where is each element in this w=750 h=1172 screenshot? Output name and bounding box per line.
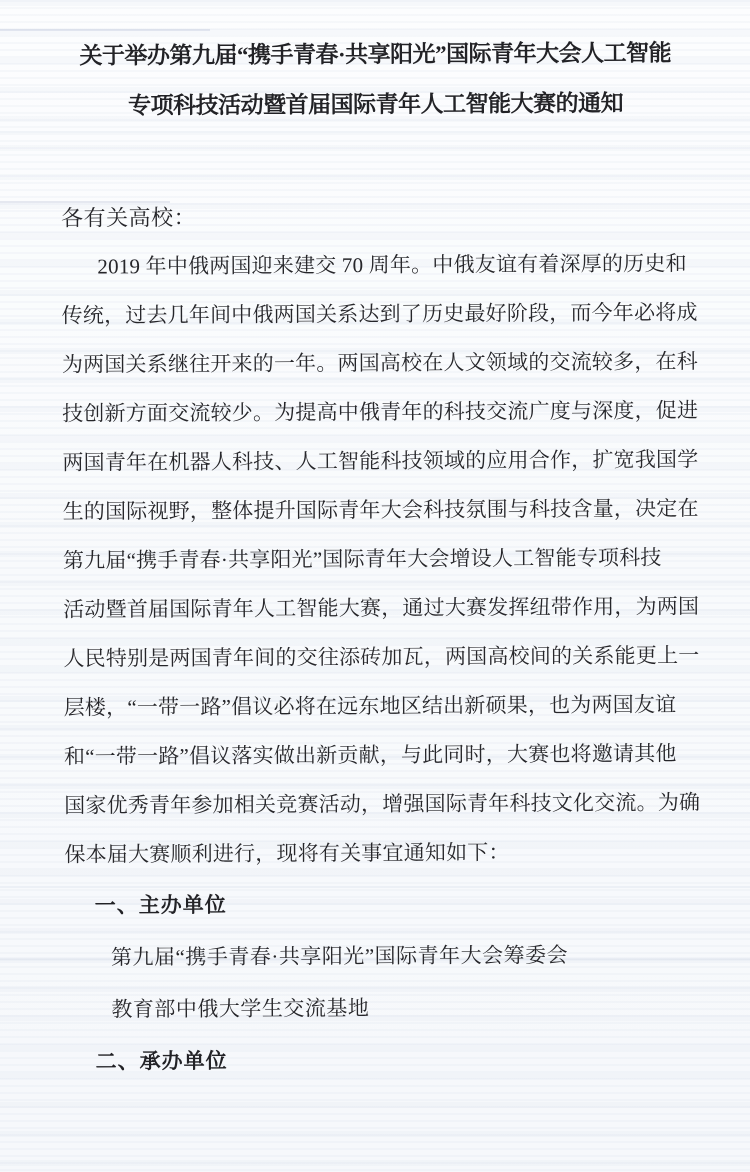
- section-heading-undertakers: 二、承办单位: [65, 1032, 695, 1087]
- paragraph-line: 2019 年中俄两国迎来建交 70 周年。中俄友谊有着深厚的历史和: [61, 239, 691, 291]
- salutation: 各有关高校：: [61, 190, 691, 242]
- host-organizer-exchange-base: 教育部中俄大学生交流基地: [65, 980, 695, 1035]
- section-heading-hosts: 一、主办单位: [65, 876, 695, 931]
- paragraph-line: 为两国关系继往开来的一年。两国高校在人文领域的交流较多，在科: [62, 337, 692, 389]
- paragraph-line: 两国青年在机器人科技、人工智能科技领域的应用合作，扩宽我国学: [62, 435, 692, 487]
- notice-title-line-2: 专项科技活动暨首届国际青年人工智能大赛的通知: [60, 78, 690, 131]
- scanned-notice-page: 关于举办第九届“携手青春·共享阳光”国际青年大会人工智能 专项科技活动暨首届国际…: [0, 0, 750, 1172]
- notice-document: 关于举办第九届“携手青春·共享阳光”国际青年大会人工智能 专项科技活动暨首届国际…: [0, 0, 750, 1088]
- host-organizer-committee: 第九届“携手青春·共享阳光”国际青年大会筹委会: [65, 928, 695, 983]
- notice-title-line-1: 关于举办第九届“携手青春·共享阳光”国际青年大会人工智能: [60, 28, 690, 81]
- paragraph-line: 技创新方面交流较少。为提高中俄青年的科技交流广度与深度，促进: [62, 386, 692, 438]
- paragraph-line: 保本届大赛顺利进行，现将有关事宜通知如下：: [64, 827, 694, 879]
- paragraph-line: 和“一带一路”倡议落实做出新贡献，与此同时，大赛也将邀请其他: [64, 729, 694, 781]
- notice-title: 关于举办第九届“携手青春·共享阳光”国际青年大会人工智能 专项科技活动暨首届国际…: [60, 28, 691, 131]
- organizer-sections: 一、主办单位 第九届“携手青春·共享阳光”国际青年大会筹委会 教育部中俄大学生交…: [65, 876, 696, 1087]
- paragraph-line: 传统，过去几年间中俄两国关系达到了历史最好阶段，而今年必将成: [62, 288, 692, 340]
- paragraph-line: 第九届“携手青春·共享阳光”国际青年大会增设人工智能专项科技: [63, 533, 693, 585]
- paragraph-line: 生的国际视野，整体提升国际青年大会科技氛围与科技含量，决定在: [63, 484, 693, 536]
- paragraph-line: 国家优秀青年参加相关竞赛活动，增强国际青年科技文化交流。为确: [64, 778, 694, 830]
- paragraph-line: 人民特别是两国青年间的交往添砖加瓦，两国高校间的关系能更上一: [63, 631, 693, 683]
- intro-paragraph: 2019 年中俄两国迎来建交 70 周年。中俄友谊有着深厚的历史和传统，过去几年…: [61, 239, 694, 879]
- paragraph-line: 活动暨首届国际青年人工智能大赛，通过大赛发挥纽带作用，为两国: [63, 582, 693, 634]
- paragraph-line: 层楼，“一带一路”倡议必将在远东地区结出新硕果，也为两国友谊: [64, 680, 694, 732]
